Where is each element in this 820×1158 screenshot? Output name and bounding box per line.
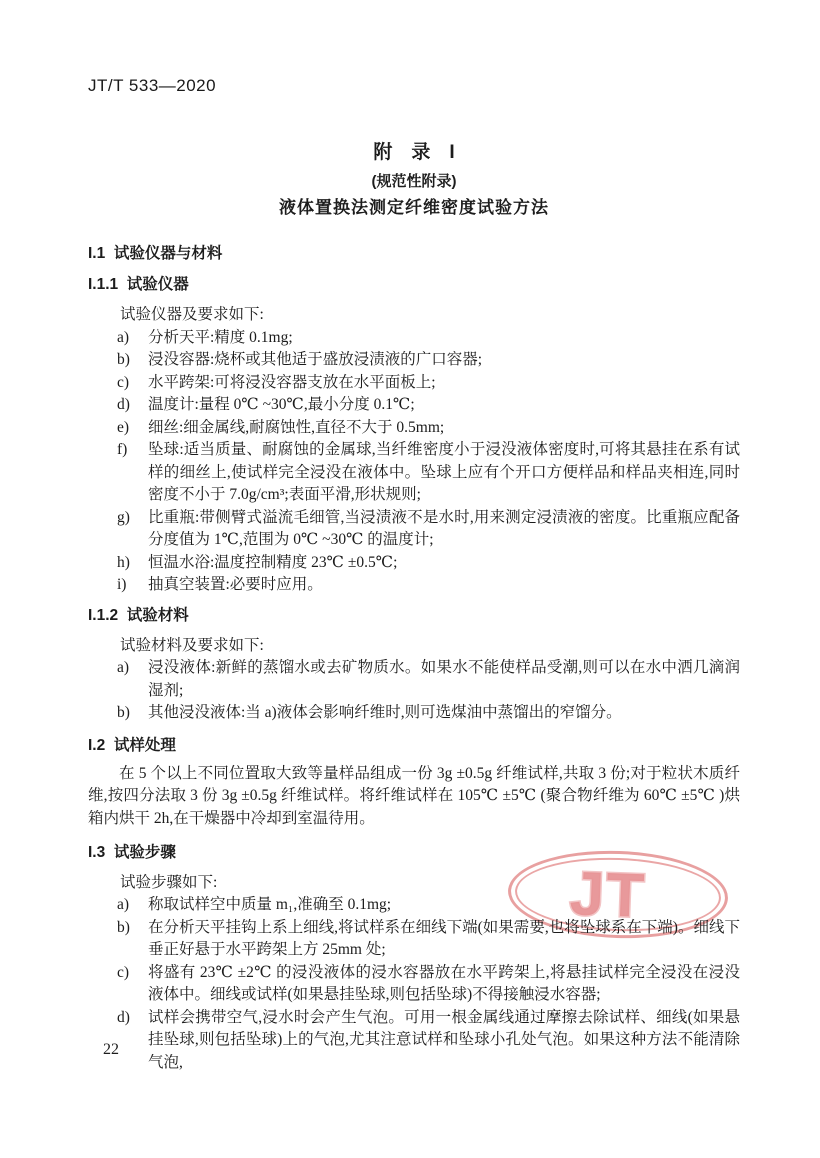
list-item-text: 细丝:细金属线,耐腐蚀性,直径不大于 0.5mm;: [148, 419, 444, 436]
list-item-letter: d): [117, 394, 130, 417]
section-i3-intro: 试验步骤如下:: [120, 872, 740, 895]
section-heading-i3: I.3 试验步骤: [88, 842, 740, 864]
list-item-letter: c): [117, 372, 129, 395]
section-heading-i12: I.1.2 试验材料: [88, 605, 740, 627]
list-item: b) 其他浸没液体:当 a)液体会影响纤维时,则可选煤油中蒸馏出的窄馏分。: [88, 702, 740, 725]
appendix-title: 附 录 I: [88, 142, 740, 164]
page-number: 22: [103, 1041, 119, 1059]
instrument-list: a) 分析天平:精度 0.1mg; b) 浸没容器:烧杯或其他适于盛放浸渍液的广…: [88, 327, 740, 597]
appendix-method-title: 液体置换法测定纤维密度试验方法: [88, 197, 740, 219]
list-item-letter: f): [117, 439, 127, 462]
list-item-text: 坠球:适当质量、耐腐蚀的金属球,当纤维密度小于浸没液体密度时,可将其悬挂在系有试…: [148, 441, 740, 503]
list-item: d) 试样会携带空气,浸水时会产生气泡。可用一根金属线通过摩擦去除试样、细线(如…: [88, 1007, 740, 1075]
list-item: a) 浸没液体:新鲜的蒸馏水或去矿物质水。如果水不能使样品受潮,则可以在水中洒几…: [88, 657, 740, 702]
list-item-text: 恒温水浴:温度控制精度 23℃ ±0.5℃;: [148, 554, 397, 571]
list-item: a) 分析天平:精度 0.1mg;: [88, 327, 740, 350]
list-item-text: 抽真空装置:必要时应用。: [148, 576, 323, 593]
list-item: b) 浸没容器:烧杯或其他适于盛放浸渍液的广口容器;: [88, 349, 740, 372]
list-item-text: 浸没容器:烧杯或其他适于盛放浸渍液的广口容器;: [148, 351, 482, 368]
list-item-text: 在分析天平挂钩上系上细线,将试样系在细线下端(如果需要,也将坠球系在下端)。细线…: [148, 919, 740, 959]
list-item-letter: c): [117, 962, 129, 985]
list-item-letter: i): [117, 574, 126, 597]
section-i11-intro: 试验仪器及要求如下:: [120, 304, 740, 327]
list-item-letter: g): [117, 507, 130, 530]
section-heading-i11: I.1.1 试验仪器: [88, 274, 740, 296]
list-item: g) 比重瓶:带侧臂式溢流毛细管,当浸渍液不是水时,用来测定浸渍液的密度。比重瓶…: [88, 507, 740, 552]
list-item: e) 细丝:细金属线,耐腐蚀性,直径不大于 0.5mm;: [88, 417, 740, 440]
list-item-text: 温度计:量程 0℃ ~30℃,最小分度 0.1℃;: [148, 396, 415, 413]
procedure-list: a) 称取试样空中质量 m₁,准确至 0.1mg; b) 在分析天平挂钩上系上细…: [88, 894, 740, 1074]
list-item-letter: a): [117, 894, 129, 917]
list-item: i) 抽真空装置:必要时应用。: [88, 574, 740, 597]
list-item-text: 其他浸没液体:当 a)液体会影响纤维时,则可选煤油中蒸馏出的窄馏分。: [148, 704, 622, 721]
list-item: a) 称取试样空中质量 m₁,准确至 0.1mg;: [88, 894, 740, 917]
list-item-text: 比重瓶:带侧臂式溢流毛细管,当浸渍液不是水时,用来测定浸渍液的密度。比重瓶应配备…: [148, 509, 740, 549]
list-item: c) 将盛有 23℃ ±2℃ 的浸没液体的浸水容器放在水平跨架上,将悬挂试样完全…: [88, 962, 740, 1007]
material-list: a) 浸没液体:新鲜的蒸馏水或去矿物质水。如果水不能使样品受潮,则可以在水中洒几…: [88, 657, 740, 725]
list-item: b) 在分析天平挂钩上系上细线,将试样系在细线下端(如果需要,也将坠球系在下端)…: [88, 917, 740, 962]
list-item-text: 试样会携带空气,浸水时会产生气泡。可用一根金属线通过摩擦去除试样、细线(如果悬挂…: [148, 1009, 740, 1071]
list-item-letter: d): [117, 1007, 130, 1030]
list-item: h) 恒温水浴:温度控制精度 23℃ ±0.5℃;: [88, 552, 740, 575]
list-item-letter: b): [117, 702, 130, 725]
document-page: JT JT/T 533—2020 附 录 I (规范性附录) 液体置换法测定纤维…: [0, 0, 820, 1158]
list-item-text: 称取试样空中质量 m₁,准确至 0.1mg;: [148, 896, 391, 913]
list-item-text: 分析天平:精度 0.1mg;: [148, 329, 293, 346]
section-heading-i1: I.1 试验仪器与材料: [88, 243, 740, 265]
list-item: d) 温度计:量程 0℃ ~30℃,最小分度 0.1℃;: [88, 394, 740, 417]
list-item: f) 坠球:适当质量、耐腐蚀的金属球,当纤维密度小于浸没液体密度时,可将其悬挂在…: [88, 439, 740, 507]
list-item-letter: e): [117, 417, 129, 440]
list-item-text: 水平跨架:可将浸没容器支放在水平面板上;: [148, 374, 436, 391]
list-item-letter: h): [117, 552, 130, 575]
list-item-letter: a): [117, 657, 129, 680]
section-i2-paragraph: 在 5 个以上不同位置取大致等量样品组成一份 3g ±0.5g 纤维试样,共取 …: [88, 763, 740, 831]
list-item-letter: b): [117, 917, 130, 940]
list-item-text: 将盛有 23℃ ±2℃ 的浸没液体的浸水容器放在水平跨架上,将悬挂试样完全浸没在…: [148, 964, 740, 1004]
section-heading-i2: I.2 试样处理: [88, 735, 740, 757]
appendix-normative-label: (规范性附录): [88, 171, 740, 192]
document-content: 附 录 I (规范性附录) 液体置换法测定纤维密度试验方法 I.1 试验仪器与材…: [88, 0, 740, 1074]
list-item-letter: a): [117, 327, 129, 350]
list-item-text: 浸没液体:新鲜的蒸馏水或去矿物质水。如果水不能使样品受潮,则可以在水中洒几滴润湿…: [148, 659, 740, 699]
section-i12-intro: 试验材料及要求如下:: [120, 635, 740, 658]
list-item: c) 水平跨架:可将浸没容器支放在水平面板上;: [88, 372, 740, 395]
list-item-letter: b): [117, 349, 130, 372]
